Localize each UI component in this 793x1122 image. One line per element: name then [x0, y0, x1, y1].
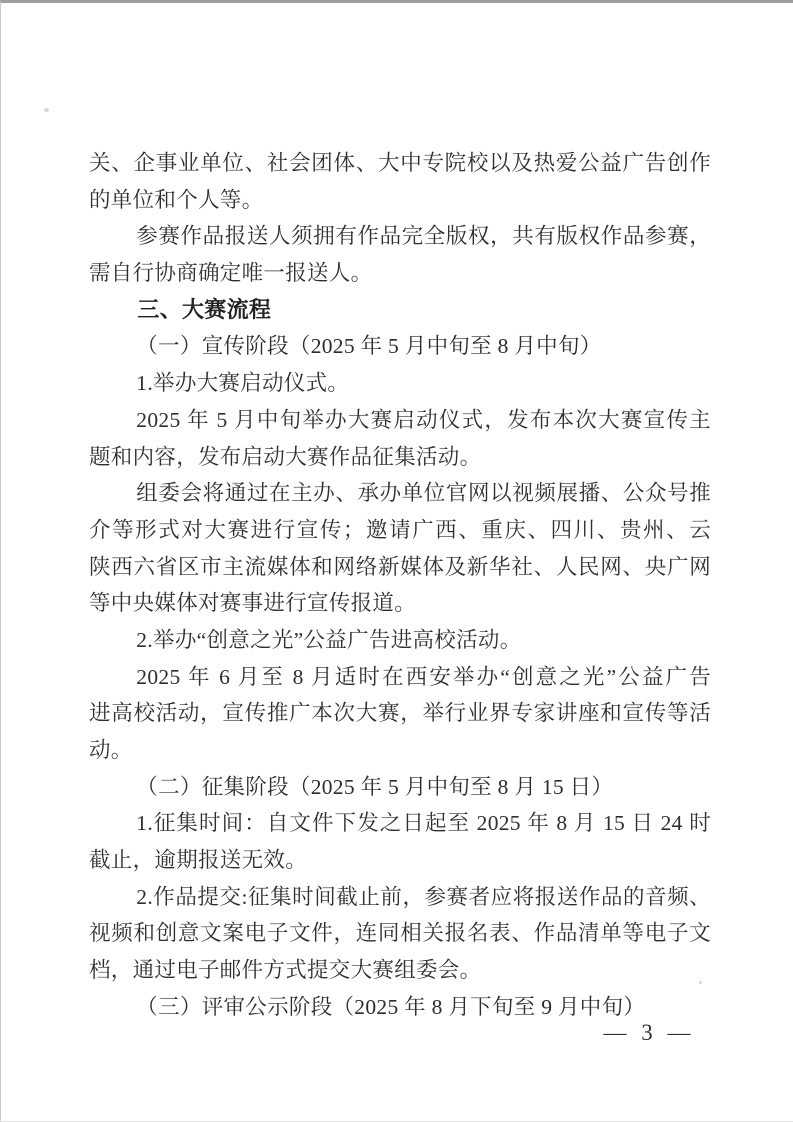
- page-number: — 3 —: [587, 1019, 707, 1047]
- text-line: 进高校活动，宣传推广本次大赛，举行业界专家讲座和宣传等活: [89, 695, 711, 732]
- text-line: 介等形式对大赛进行宣传；邀请广西、重庆、四川、贵州、云南、: [89, 512, 711, 549]
- text-line: 1.征集时间：自文件下发之日起至 2025 年 8 月 15 日 24 时: [89, 805, 711, 842]
- text-line: 2025 年 5 月中旬举办大赛启动仪式，发布本次大赛宣传主: [89, 402, 711, 439]
- text-line: 动。: [89, 732, 711, 769]
- text-line: 2.举办“创意之光”公益广告进高校活动。: [89, 622, 711, 659]
- stage-heading-publicity: （一）宣传阶段（2025 年 5 月中旬至 8 月中旬）: [89, 328, 711, 365]
- text-line: 的单位和个人等。: [89, 182, 711, 219]
- document-page: 关、企事业单位、社会团体、大中专院校以及热爱公益广告创作 的单位和个人等。 参赛…: [0, 0, 793, 1122]
- text-line: 等中央媒体对赛事进行宣传报道。: [89, 585, 711, 622]
- text-line: 档，通过电子邮件方式提交大赛组委会。: [89, 952, 711, 989]
- text-line: 陕西六省区市主流媒体和网络新媒体及新华社、人民网、央广网: [89, 549, 711, 586]
- text-line: 截止，逾期报送无效。: [89, 842, 711, 879]
- text-line: 题和内容，发布启动大赛作品征集活动。: [89, 439, 711, 476]
- document-body: 关、企事业单位、社会团体、大中专院校以及热爱公益广告创作 的单位和个人等。 参赛…: [89, 145, 711, 1026]
- text-line: 2025 年 6 月至 8 月适时在西安举办“创意之光”公益广告: [89, 659, 711, 696]
- stage-heading-collection: （二）征集阶段（2025 年 5 月中旬至 8 月 15 日）: [89, 769, 711, 806]
- text-line-continuation: 关、企事业单位、社会团体、大中专院校以及热爱公益广告创作: [89, 145, 711, 182]
- text-line: 组委会将通过在主办、承办单位官网以视频展播、公众号推: [89, 475, 711, 512]
- text-line: 需自行协商确定唯一报送人。: [89, 255, 711, 292]
- text-line: 2.作品提交:征集时间截止前，参赛者应将报送作品的音频、: [89, 879, 711, 916]
- scan-speck: [44, 108, 49, 112]
- text-line: 1.举办大赛启动仪式。: [89, 365, 711, 402]
- section-heading-competition-process: 三、大赛流程: [89, 292, 711, 329]
- text-line: 视频和创意文案电子文件，连同相关报名表、作品清单等电子文: [89, 915, 711, 952]
- text-line: 参赛作品报送人须拥有作品完全版权，共有版权作品参赛，: [89, 218, 711, 255]
